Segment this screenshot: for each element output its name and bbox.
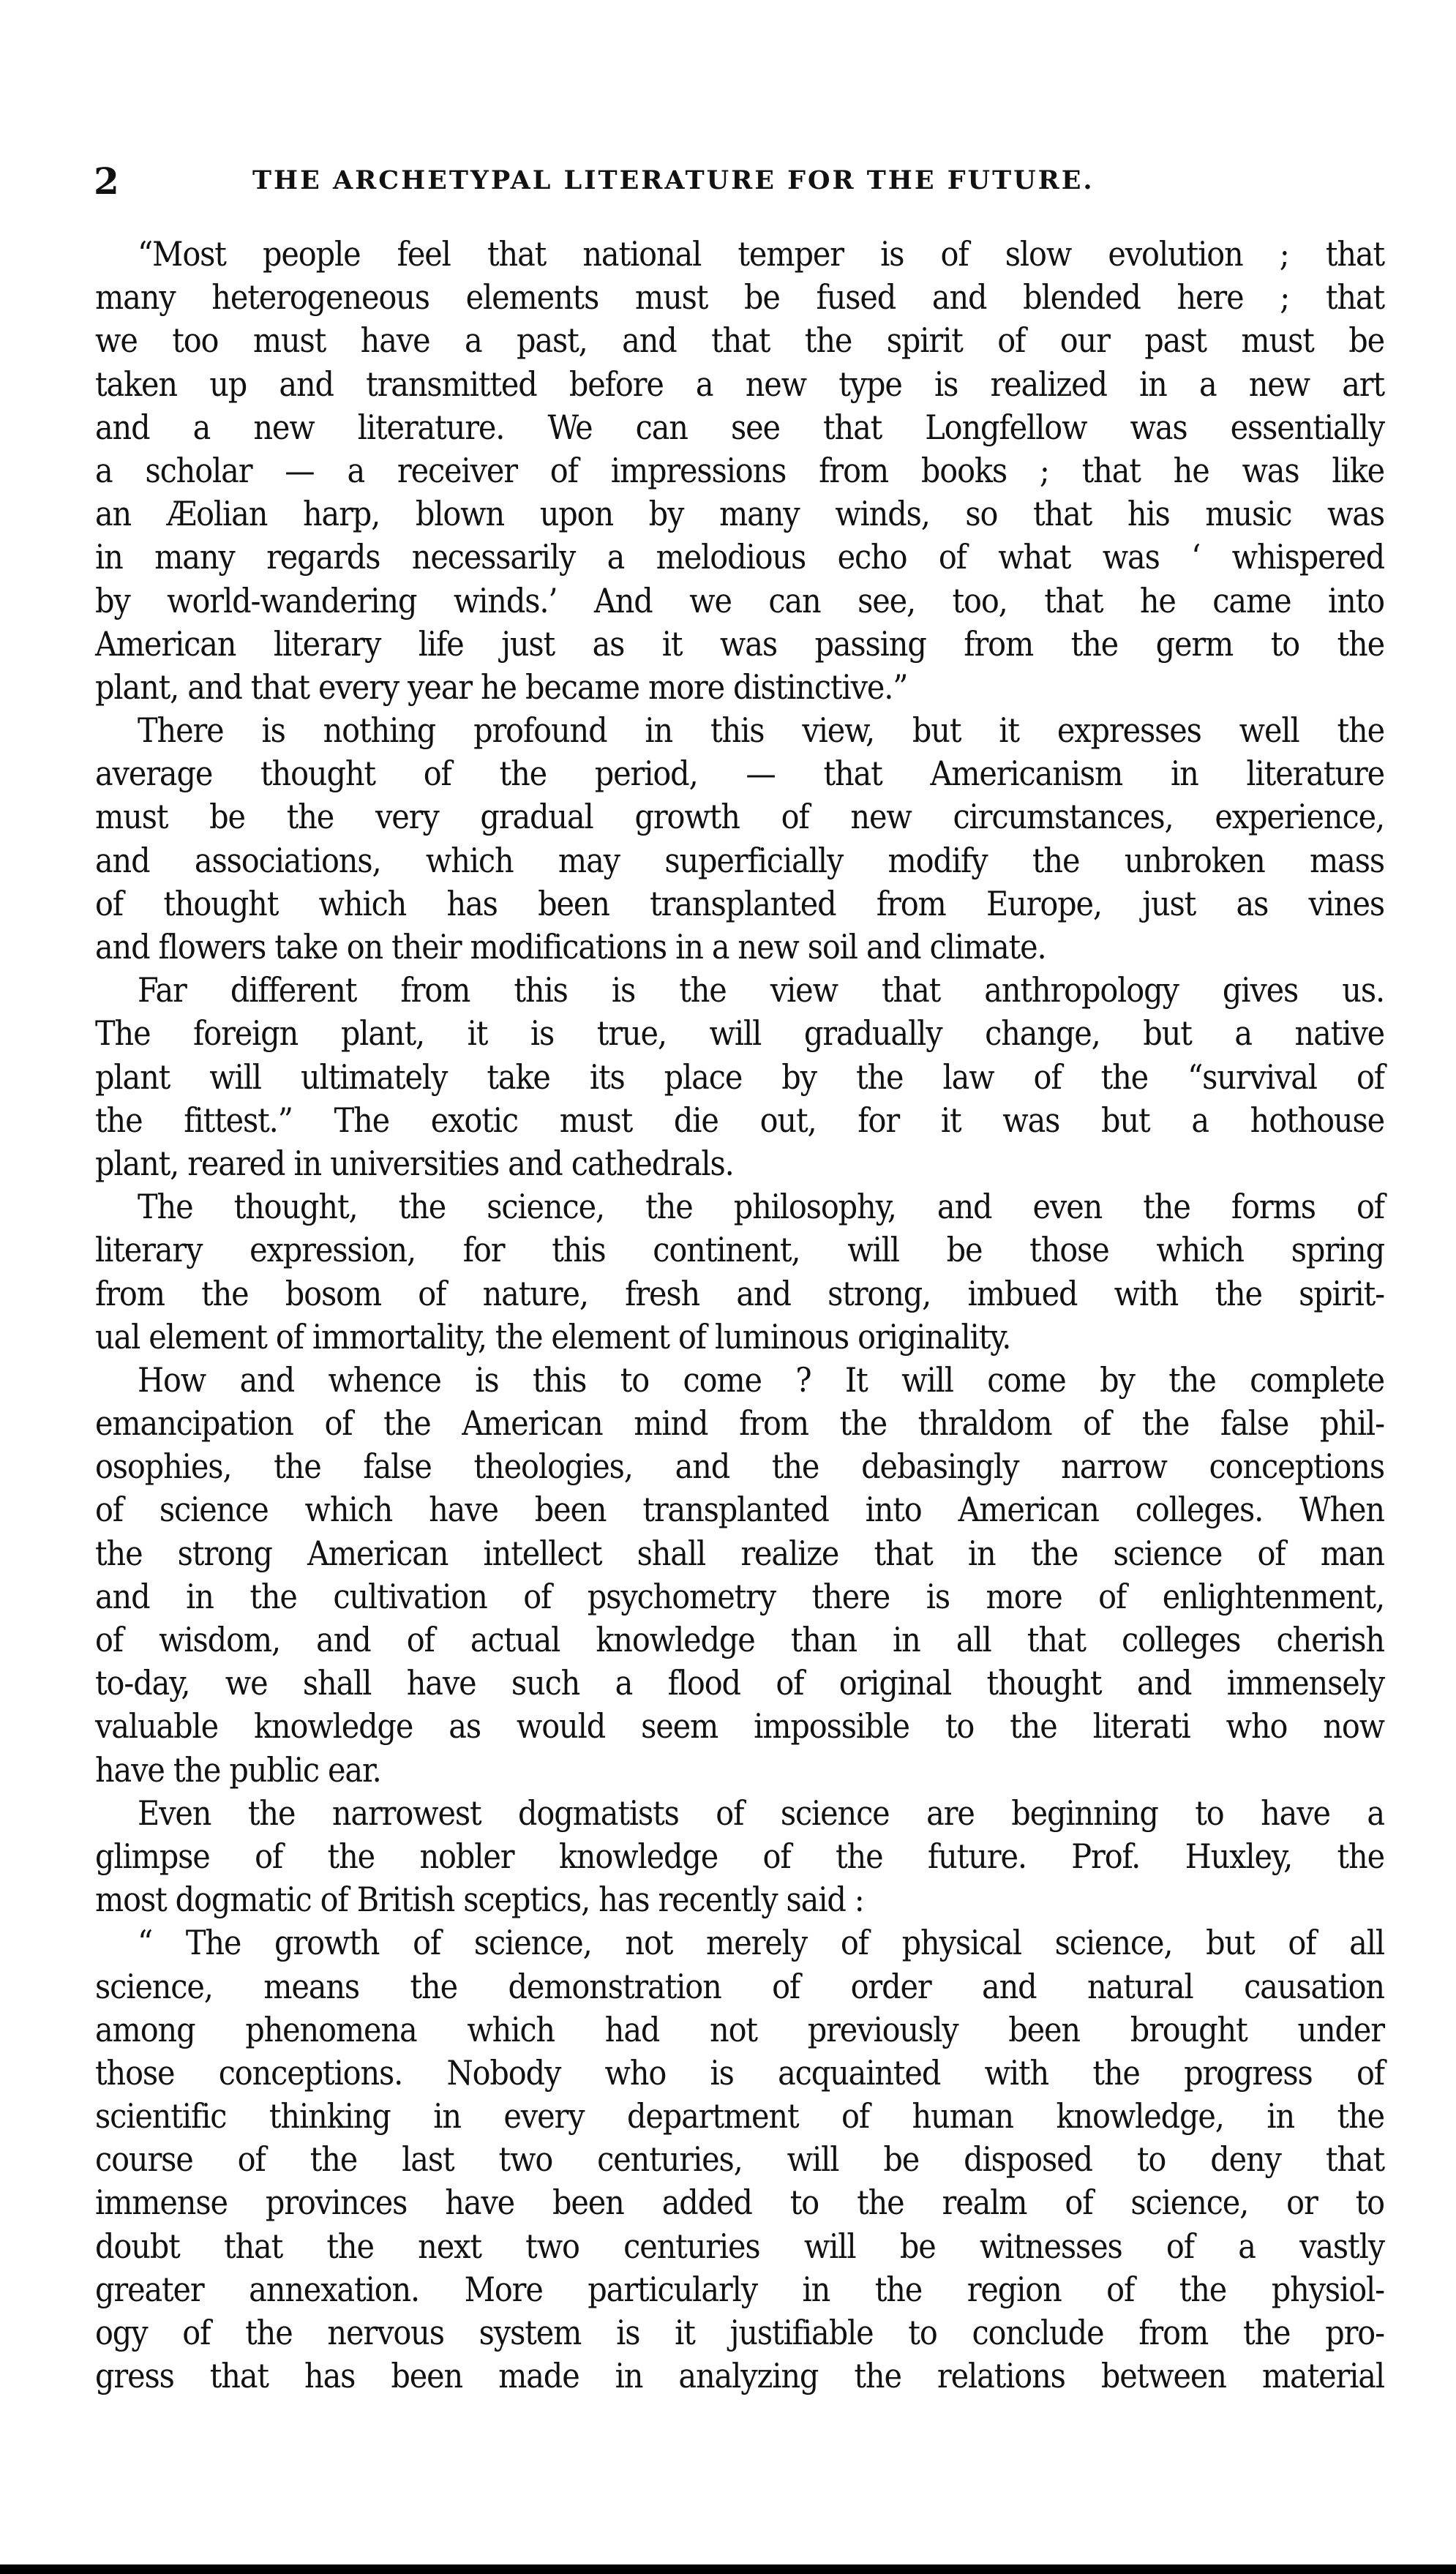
text-line: How and whence is this to come ? It will… (95, 1359, 1384, 1402)
text-line: ogy of the nervous system is it justifia… (95, 2311, 1384, 2355)
paragraph: There is nothing profound in this view, … (95, 709, 1384, 969)
body-text: “Most people feel that national temper i… (95, 233, 1384, 2398)
text-line: and a new literature. We can see that Lo… (95, 406, 1384, 449)
text-line: most dogmatic of British sceptics, has r… (95, 1878, 1384, 1921)
scan-edge-bar (0, 2564, 1456, 2574)
text-line: from the bosom of nature, fresh and stro… (95, 1272, 1384, 1316)
text-line: “Most people feel that national temper i… (95, 233, 1384, 276)
text-line: American literary life just as it was pa… (95, 623, 1384, 666)
text-line: an Æolian harp, blown upon by many winds… (95, 492, 1384, 536)
text-line: among phenomena which had not previously… (95, 2008, 1384, 2052)
text-line: immense provinces have been added to the… (95, 2181, 1384, 2224)
quotation-paragraph: “ The growth of science, not merely of p… (95, 1921, 1384, 2398)
text-line: taken up and transmitted before a new ty… (95, 363, 1384, 406)
text-line: course of the last two centuries, will b… (95, 2138, 1384, 2181)
text-line: plant will ultimately take its place by … (95, 1056, 1384, 1099)
text-line: and flowers take on their modifications … (95, 926, 1384, 969)
text-line: must be the very gradual growth of new c… (95, 795, 1384, 838)
running-title: THE ARCHETYPAL LITERATURE FOR THE FUTURE… (252, 165, 1095, 195)
text-line: of thought which has been transplanted f… (95, 882, 1384, 926)
paragraph: “Most people feel that national temper i… (95, 233, 1384, 709)
text-line: The foreign plant, it is true, will grad… (95, 1012, 1384, 1055)
text-line: ual element of immortality, the element … (95, 1316, 1384, 1359)
text-line: and associations, which may superficiall… (95, 839, 1384, 882)
text-line: science, means the demonstration of orde… (95, 1965, 1384, 2008)
text-line: valuable knowledge as would seem impossi… (95, 1705, 1384, 1748)
text-line: Far different from this is the view that… (95, 969, 1384, 1012)
text-line: osophies, the false theologies, and the … (95, 1445, 1384, 1488)
text-line: to-day, we shall have such a flood of or… (95, 1662, 1384, 1705)
text-line: The thought, the science, the philosophy… (95, 1185, 1384, 1228)
text-line: plant, reared in universities and cathed… (95, 1142, 1384, 1185)
text-line: have the public ear. (95, 1749, 1384, 1792)
text-line: the fittest.” The exotic must die out, f… (95, 1099, 1384, 1142)
text-line: many heterogeneous elements must be fuse… (95, 276, 1384, 319)
text-line: plant, and that every year he became mor… (95, 666, 1384, 709)
text-line: scientific thinking in every department … (95, 2095, 1384, 2138)
text-line: we too must have a past, and that the sp… (95, 319, 1384, 362)
text-line: Even the narrowest dogmatists of science… (95, 1792, 1384, 1835)
text-line: emancipation of the American mind from t… (95, 1402, 1384, 1445)
text-line: glimpse of the nobler knowledge of the f… (95, 1835, 1384, 1878)
text-line: average thought of the period, — that Am… (95, 752, 1384, 795)
text-line: “ The growth of science, not merely of p… (95, 1921, 1384, 1965)
text-line: in many regards necessarily a melodious … (95, 536, 1384, 579)
paragraph: The thought, the science, the philosophy… (95, 1185, 1384, 1359)
text-line: the strong American intellect shall real… (95, 1532, 1384, 1575)
paragraph: How and whence is this to come ? It will… (95, 1359, 1384, 1792)
text-line: gress that has been made in analyzing th… (95, 2355, 1384, 2398)
text-line: by world-wandering winds.’ And we can se… (95, 579, 1384, 623)
text-line: a scholar — a receiver of impressions fr… (95, 449, 1384, 492)
text-line: and in the cultivation of psychometry th… (95, 1575, 1384, 1618)
paragraph: Even the narrowest dogmatists of science… (95, 1792, 1384, 1922)
paragraph: Far different from this is the view that… (95, 969, 1384, 1185)
text-line: of science which have been transplanted … (95, 1488, 1384, 1531)
text-line: greater annexation. More particularly in… (95, 2268, 1384, 2311)
text-line: There is nothing profound in this view, … (95, 709, 1384, 752)
text-line: of wisdom, and of actual knowledge than … (95, 1618, 1384, 1662)
text-line: doubt that the next two centuries will b… (95, 2225, 1384, 2268)
text-line: literary expression, for this continent,… (95, 1228, 1384, 1272)
page-number: 2 (94, 160, 119, 203)
text-line: those conceptions. Nobody who is acquain… (95, 2052, 1384, 2095)
